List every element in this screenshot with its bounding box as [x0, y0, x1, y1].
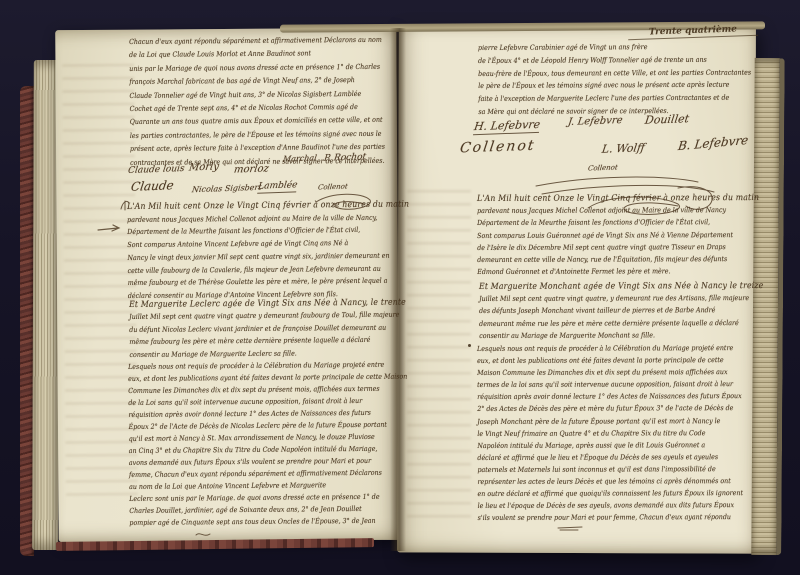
manuscript-line: eux, et dont les publications ont été fa…	[477, 354, 743, 367]
photo-background: Trente quatrième Chacun d'eux ayant répo…	[0, 0, 800, 575]
manuscript-line: réquisition après avoir donné lecture 1°…	[477, 390, 743, 403]
right-bride-paragraph: Et Marguerite Monchant agée de Vingt Six…	[479, 280, 795, 342]
manuscript-line: en outre déclaré et affirmé que quoiqu'i…	[478, 487, 744, 500]
manuscript-line: termes de la loi sans qu'il soit interve…	[477, 378, 743, 391]
left-celebration-paragraph: Lesquels nous ont requis de procéder à l…	[128, 358, 440, 529]
manuscript-line: paternels et Maternels lui sont inconnus…	[477, 463, 743, 476]
signature-h-lefebvre: H. Lefebvre	[473, 118, 541, 135]
signature-groom-middle: Morly	[188, 161, 219, 173]
manuscript-line: Maison Commune les Dimanches dix et dix …	[477, 366, 743, 379]
manuscript-line: Et Marguerite Monchant agée de Vingt Six…	[479, 280, 763, 293]
manuscript-line: de l'Isère le dix Décembre Mil sept cent…	[477, 241, 759, 254]
open-book: Trente quatrième Chacun d'eux ayant répo…	[0, 0, 800, 575]
manuscript-line: le lieu et l'époque de Décès de ses ayeu…	[478, 499, 744, 512]
manuscript-line: consentir au Mariage de Marguerite Monch…	[479, 329, 763, 342]
manuscript-line: pardevant nous Jacques Michel Collenot a…	[477, 204, 759, 217]
manuscript-line: Napoléon intitulé du Mariage, après auss…	[477, 439, 743, 452]
manuscript-line: Edmond Guéronnet et d'Antoinette Fermet …	[477, 265, 759, 278]
manuscript-line: représenter les actes de leurs Décès et …	[477, 475, 743, 488]
left-closing-paragraph: Chacun d'eux ayant répondu séparément et…	[129, 34, 414, 171]
signature-lamblee: Lamblée	[257, 180, 298, 193]
signature-claude: Claude	[130, 178, 175, 194]
left-bride-paragraph: Et Marguerite Leclerc agée de Vingt Six …	[129, 296, 437, 361]
signature-j-lefebvre: J. Lefebvre	[567, 115, 623, 128]
manuscript-line: 2° des Actes de Décès des père et mère d…	[477, 403, 743, 416]
right-record-34-paragraph: L'An Mil huit cent Onze le Vingt Cinq fé…	[477, 192, 791, 279]
signature-marchal: Marchal	[282, 153, 317, 163]
right-continuation-paragraph: pierre Lefebvre Carabinier agé de Vingt …	[478, 40, 782, 118]
right-celebration-paragraph: Lesquels nous ont requis de procéder à l…	[477, 342, 773, 524]
signature-official-right: Collenot	[587, 163, 618, 172]
signature-douillet: Douillet	[644, 112, 690, 127]
manuscript-line: Lesquels nous ont requis de procéder à l…	[477, 342, 743, 355]
manuscript-line: s'ils voulent se prendre pour Mari et po…	[478, 511, 744, 524]
signature-groom-last: morloz	[233, 163, 269, 175]
signature-official-left: Collenot	[317, 182, 348, 191]
manuscript-line: le Vingt Neuf frimaire an Quatre 4° et d…	[477, 427, 743, 440]
signature-wolff: L. Wolff	[601, 141, 646, 156]
signature-groom-first: Claude louis	[127, 164, 185, 176]
manuscript-line: demeurant même rue les père et mère cett…	[479, 317, 763, 330]
manuscript-line: Joseph Monchant père de la future Épouse…	[477, 415, 743, 428]
manuscript-line: pompier agé de Cinquante sept ans tous d…	[129, 515, 408, 529]
manuscript-line: Sont comparus Louis Guéronnet agé de Vin…	[477, 229, 759, 242]
manuscript-line: déclaré et affirmé que le lieu et l'Époq…	[477, 451, 743, 464]
signature-rochot: P. Rochot	[323, 152, 366, 164]
signature-collenot: Collenot	[459, 138, 537, 157]
manuscript-line: Juillet Mil sept cent quatre vingt quatr…	[479, 292, 763, 305]
ink-dot	[468, 344, 471, 347]
left-record-33-paragraph: L'An Mil huit cent Onze le Vingt Cinq fé…	[127, 198, 441, 302]
manuscript-line: des défunts Joseph Monchant vivant taill…	[479, 304, 763, 317]
manuscript-line: Département de la Meurthe faisant les fo…	[477, 216, 759, 229]
manuscript-line: demeurant en cette ville de Nancy, rue d…	[477, 253, 759, 266]
manuscript-line: L'An Mil huit cent Onze le Vingt Cinq fé…	[477, 192, 759, 205]
